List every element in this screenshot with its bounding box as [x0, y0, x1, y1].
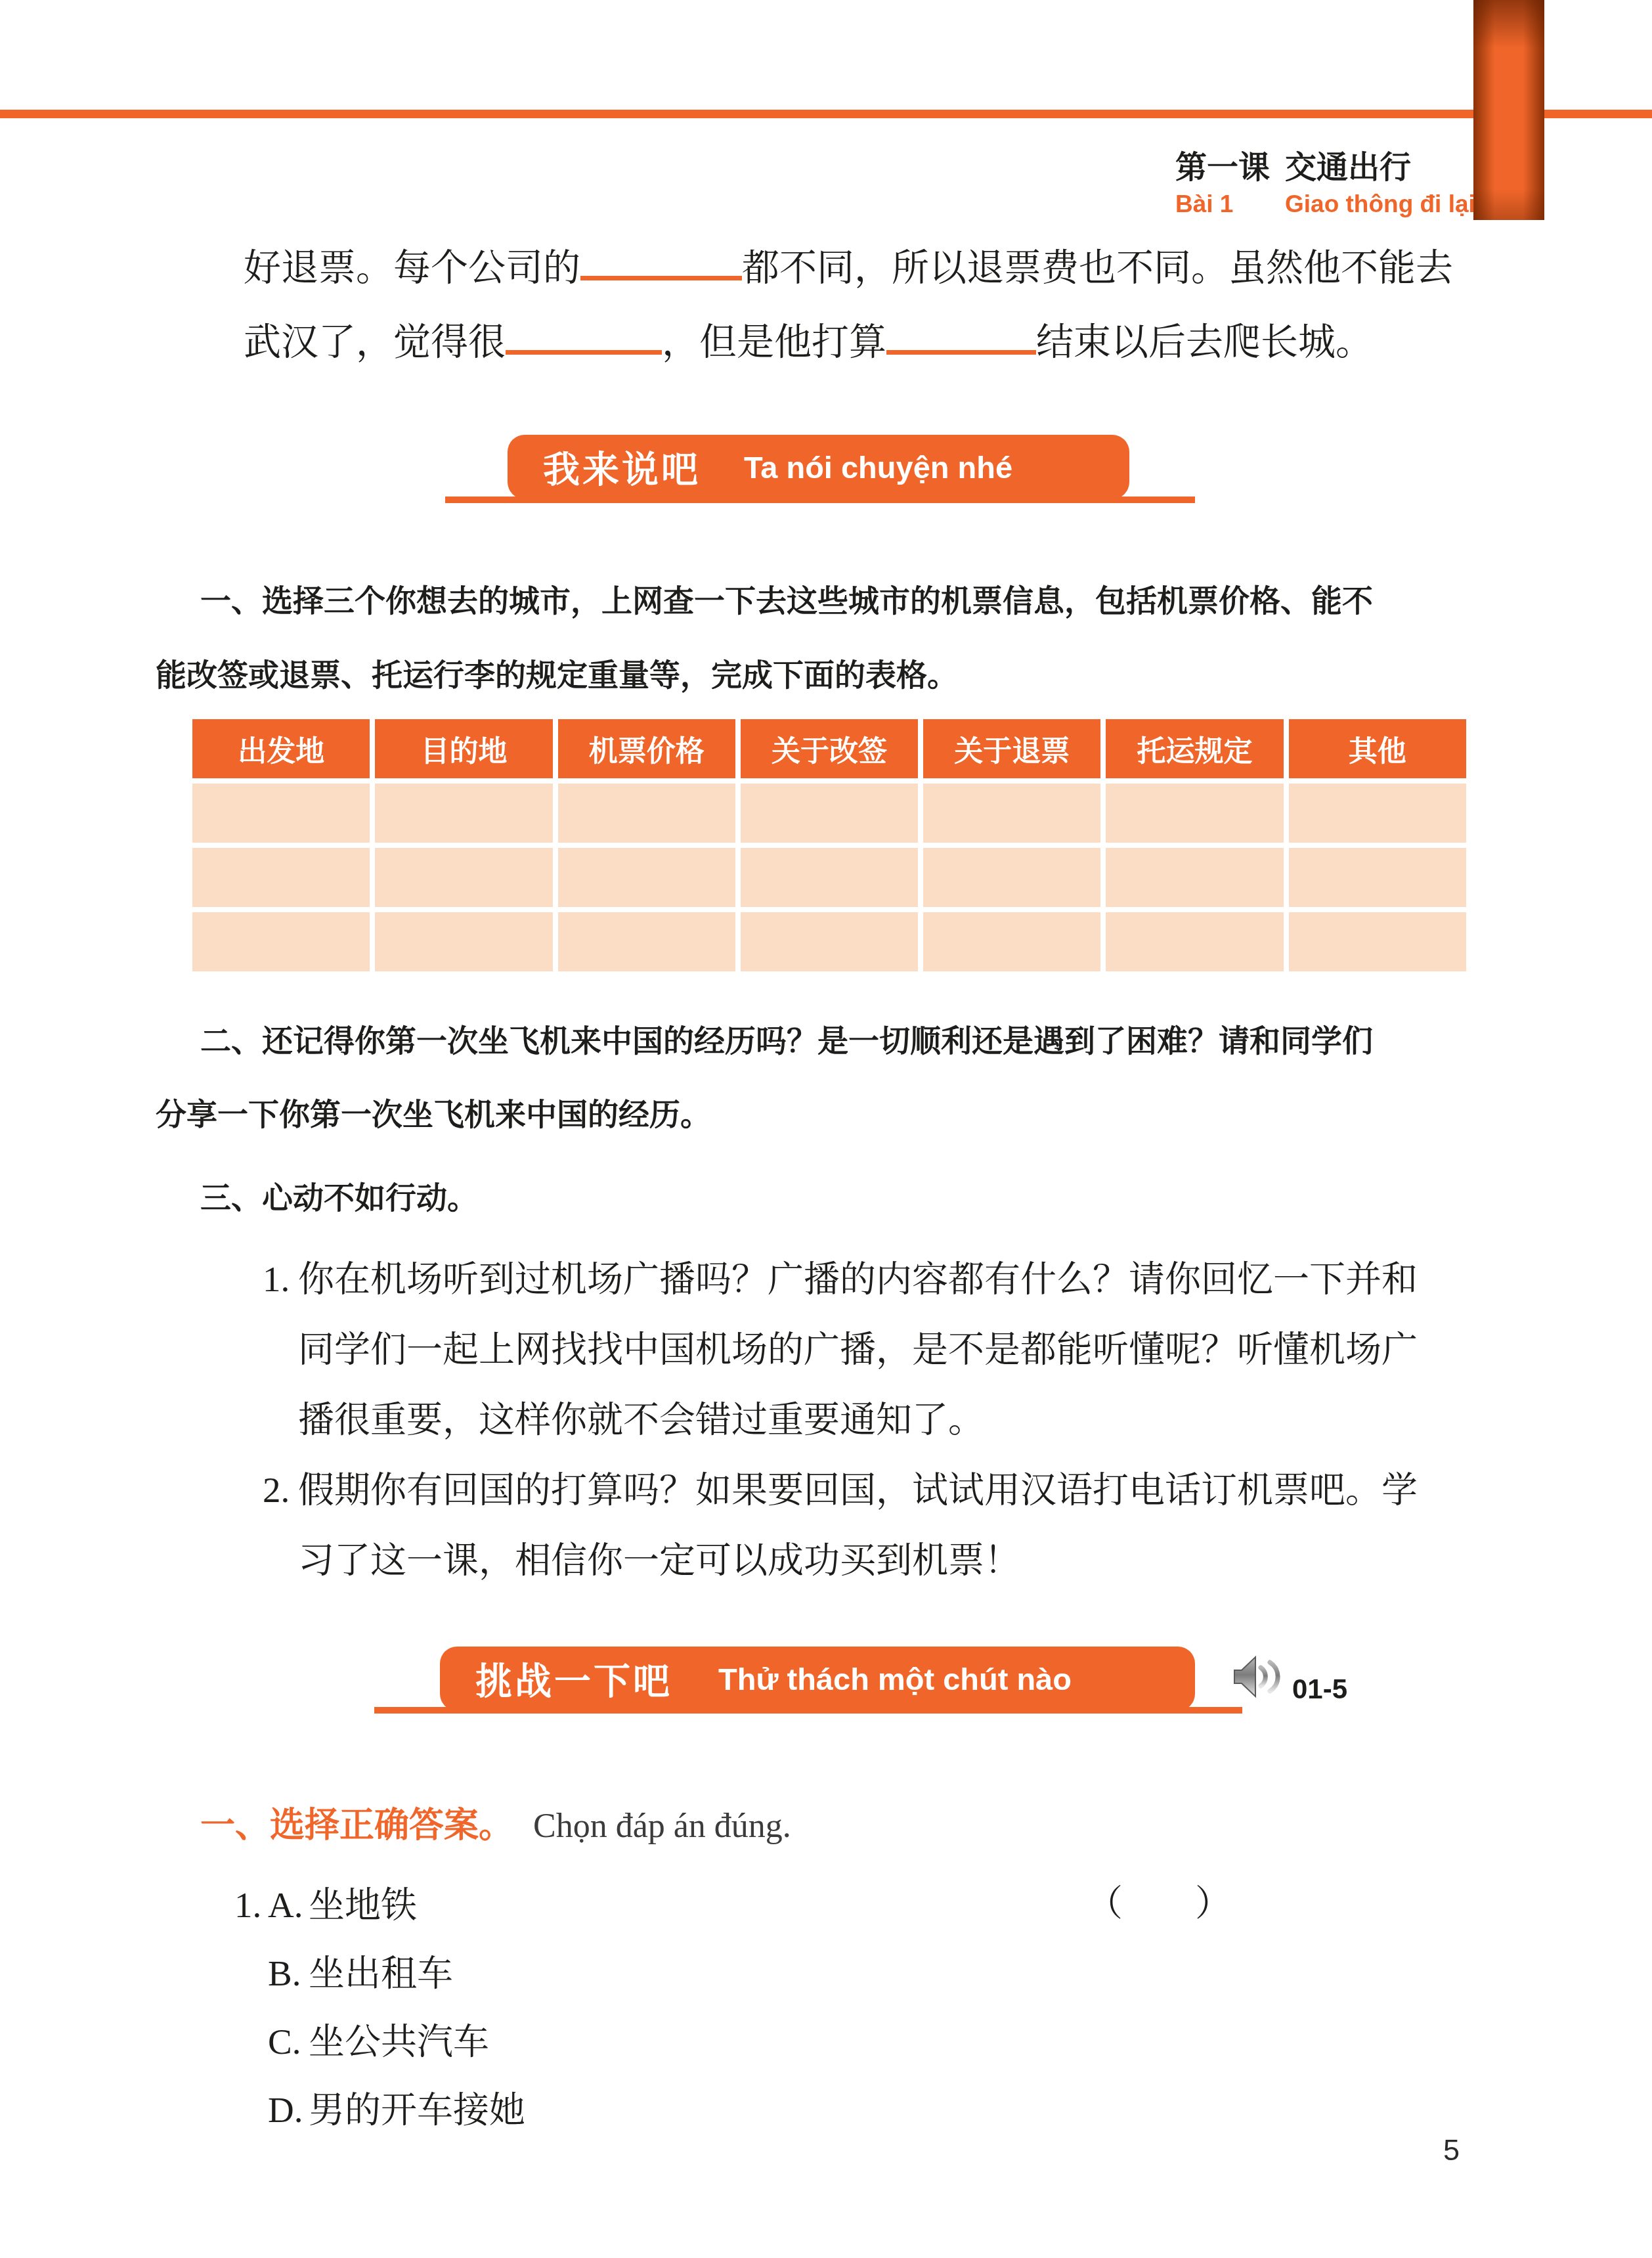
- chapter-corner-tab: [1473, 0, 1544, 220]
- task-three-item-2-line-2: 习了这一课，相信你一定可以成功买到机票！: [298, 1531, 1020, 1583]
- table-cell[interactable]: [558, 912, 735, 971]
- table-cell[interactable]: [923, 912, 1100, 971]
- table-cell[interactable]: [1289, 784, 1466, 843]
- table-cell[interactable]: [741, 848, 918, 907]
- lesson-title-vi: Giao thông đi lại: [1285, 190, 1475, 217]
- audio-button[interactable]: [1233, 1654, 1283, 1702]
- question-number: 1.: [234, 1884, 268, 1926]
- speaker-icon: [1233, 1654, 1283, 1699]
- table-cell[interactable]: [558, 784, 735, 843]
- choice-letter: C.: [268, 2021, 309, 2062]
- table-cell[interactable]: [1106, 848, 1283, 907]
- table-cell[interactable]: [375, 848, 552, 907]
- table-header-refund: 关于退票: [923, 719, 1100, 778]
- task-one-line-2: 能改签或退票、托运行李的规定重量等，完成下面的表格。: [156, 651, 958, 695]
- task-three-title: 三、心动不如行动。: [200, 1174, 478, 1218]
- fill-paragraph-line-2: 武汉了，觉得很，但是他打算结束以后去爬长城。: [244, 312, 1373, 366]
- table-cell[interactable]: [1106, 912, 1283, 971]
- fill-paragraph-line-1: 好退票。每个公司的都不同，所以退票费也不同。虽然他不能去: [244, 238, 1453, 292]
- table-cell[interactable]: [923, 784, 1100, 843]
- choice-row-c[interactable]: C.坐公共汽车: [268, 2012, 489, 2064]
- table-cell[interactable]: [1289, 848, 1466, 907]
- table-cell[interactable]: [1289, 912, 1466, 971]
- item-number: 2.: [263, 1469, 298, 1511]
- table-cell[interactable]: [375, 784, 552, 843]
- task-three-item-1-line-1: 1.你在机场听到过机场广播吗？广播的内容都有什么？请你回忆一下并和: [263, 1250, 1418, 1302]
- task-one-line-1: 一、选择三个你想去的城市，上网查一下去这些城市的机票信息，包括机票价格、能不: [200, 577, 1373, 621]
- item-number: 1.: [263, 1258, 298, 1300]
- table-header-rebooking: 关于改签: [741, 719, 918, 778]
- task-three-item-2-line-1: 2.假期你有回国的打算吗？如果要回国，试试用汉语打电话订机票吧。学: [263, 1461, 1418, 1513]
- question-heading-vi: Chọn đáp án đúng.: [533, 1807, 791, 1845]
- table-cell[interactable]: [923, 848, 1100, 907]
- flight-info-table: 出发地 目的地 机票价格 关于改签 关于退票 托运规定 其他: [192, 719, 1466, 971]
- table-header-price: 机票价格: [558, 719, 735, 778]
- item-text: 假期你有回国的打算吗？如果要回国，试试用汉语打电话订机票吧。学: [298, 1470, 1418, 1510]
- table-cell[interactable]: [741, 912, 918, 971]
- challenge-section-banner: 挑战一下吧 Thử thách một chút nào: [440, 1647, 1195, 1711]
- speak-section-banner: 我来说吧 Ta nói chuyện nhé: [508, 435, 1129, 499]
- header-line-vi: Bài 1Giao thông đi lại: [1175, 190, 1475, 218]
- table-cell[interactable]: [558, 848, 735, 907]
- choice-row-d[interactable]: D.男的开车接她: [268, 2081, 525, 2133]
- top-rule: [0, 110, 1652, 118]
- fill-text: 武汉了，觉得很: [244, 322, 506, 363]
- banner-title-zh: 挑战一下吧: [475, 1652, 672, 1705]
- fill-blank-3[interactable]: [886, 350, 1036, 355]
- table-header-other: 其他: [1289, 719, 1466, 778]
- choice-row-b[interactable]: B.坐出租车: [268, 1944, 453, 1996]
- fill-text: 都不同，所以退票费也不同。虽然他不能去: [742, 248, 1453, 289]
- fill-text: ，但是他打算: [662, 322, 886, 363]
- lesson-number-zh: 第一课: [1175, 142, 1285, 187]
- workbook-page: 第一课交通出行 Bài 1Giao thông đi lại 好退票。每个公司的…: [0, 0, 1652, 2258]
- choice-text: 坐公共汽车: [309, 2022, 489, 2062]
- question-heading-zh: 一、选择正确答案。: [200, 1806, 513, 1845]
- task-three-item-1-line-3: 播很重要，这样你就不会错过重要通知了。: [298, 1390, 984, 1442]
- table-header-departure: 出发地: [192, 719, 370, 778]
- choice-text: 男的开车接她: [309, 2090, 525, 2130]
- table-header-baggage: 托运规定: [1106, 719, 1283, 778]
- table-cell[interactable]: [192, 912, 370, 971]
- choice-text: 坐出租车: [309, 1953, 453, 1993]
- lesson-title-zh: 交通出行: [1285, 150, 1411, 185]
- fill-blank-2[interactable]: [506, 350, 662, 355]
- choice-letter: A.: [268, 1884, 309, 1926]
- header-line-zh: 第一课交通出行: [1175, 142, 1411, 187]
- lesson-number-vi: Bài 1: [1175, 190, 1285, 218]
- fill-blank-1[interactable]: [580, 276, 742, 280]
- table-cell[interactable]: [192, 784, 370, 843]
- fill-text: 好退票。每个公司的: [244, 248, 580, 289]
- banner-title-zh: 我来说吧: [543, 441, 701, 493]
- table-cell[interactable]: [192, 848, 370, 907]
- page-number: 5: [1443, 2133, 1460, 2167]
- table-cell[interactable]: [1106, 784, 1283, 843]
- task-three-item-1-line-2: 同学们一起上网找找中国机场的广播，是不是都能听懂呢？听懂机场广: [298, 1320, 1418, 1372]
- question-heading: 一、选择正确答案。Chọn đáp án đúng.: [200, 1798, 791, 1848]
- table-cell[interactable]: [375, 912, 552, 971]
- answer-slot[interactable]: （ ）: [1087, 1874, 1231, 1926]
- choice-row-a[interactable]: 1.A.坐地铁: [234, 1876, 417, 1928]
- table-cell[interactable]: [741, 784, 918, 843]
- task-two-line-1: 二、还记得你第一次坐飞机来中国的经历吗？是一切顺利还是遇到了困难？请和同学们: [200, 1017, 1373, 1061]
- banner-title-vi: Thử thách một chút nào: [718, 1661, 1072, 1697]
- choice-letter: B.: [268, 1953, 309, 1994]
- task-two-line-2: 分享一下你第一次坐飞机来中国的经历。: [156, 1090, 711, 1134]
- choice-text: 坐地铁: [309, 1885, 417, 1925]
- audio-track-label: 01-5: [1292, 1673, 1347, 1705]
- choice-letter: D.: [268, 2089, 309, 2131]
- fill-text: 结束以后去爬长城。: [1036, 322, 1373, 363]
- banner-title-vi: Ta nói chuyện nhé: [744, 449, 1012, 485]
- item-text: 你在机场听到过机场广播吗？广播的内容都有什么？请你回忆一下并和: [298, 1259, 1418, 1299]
- table-header-destination: 目的地: [375, 719, 552, 778]
